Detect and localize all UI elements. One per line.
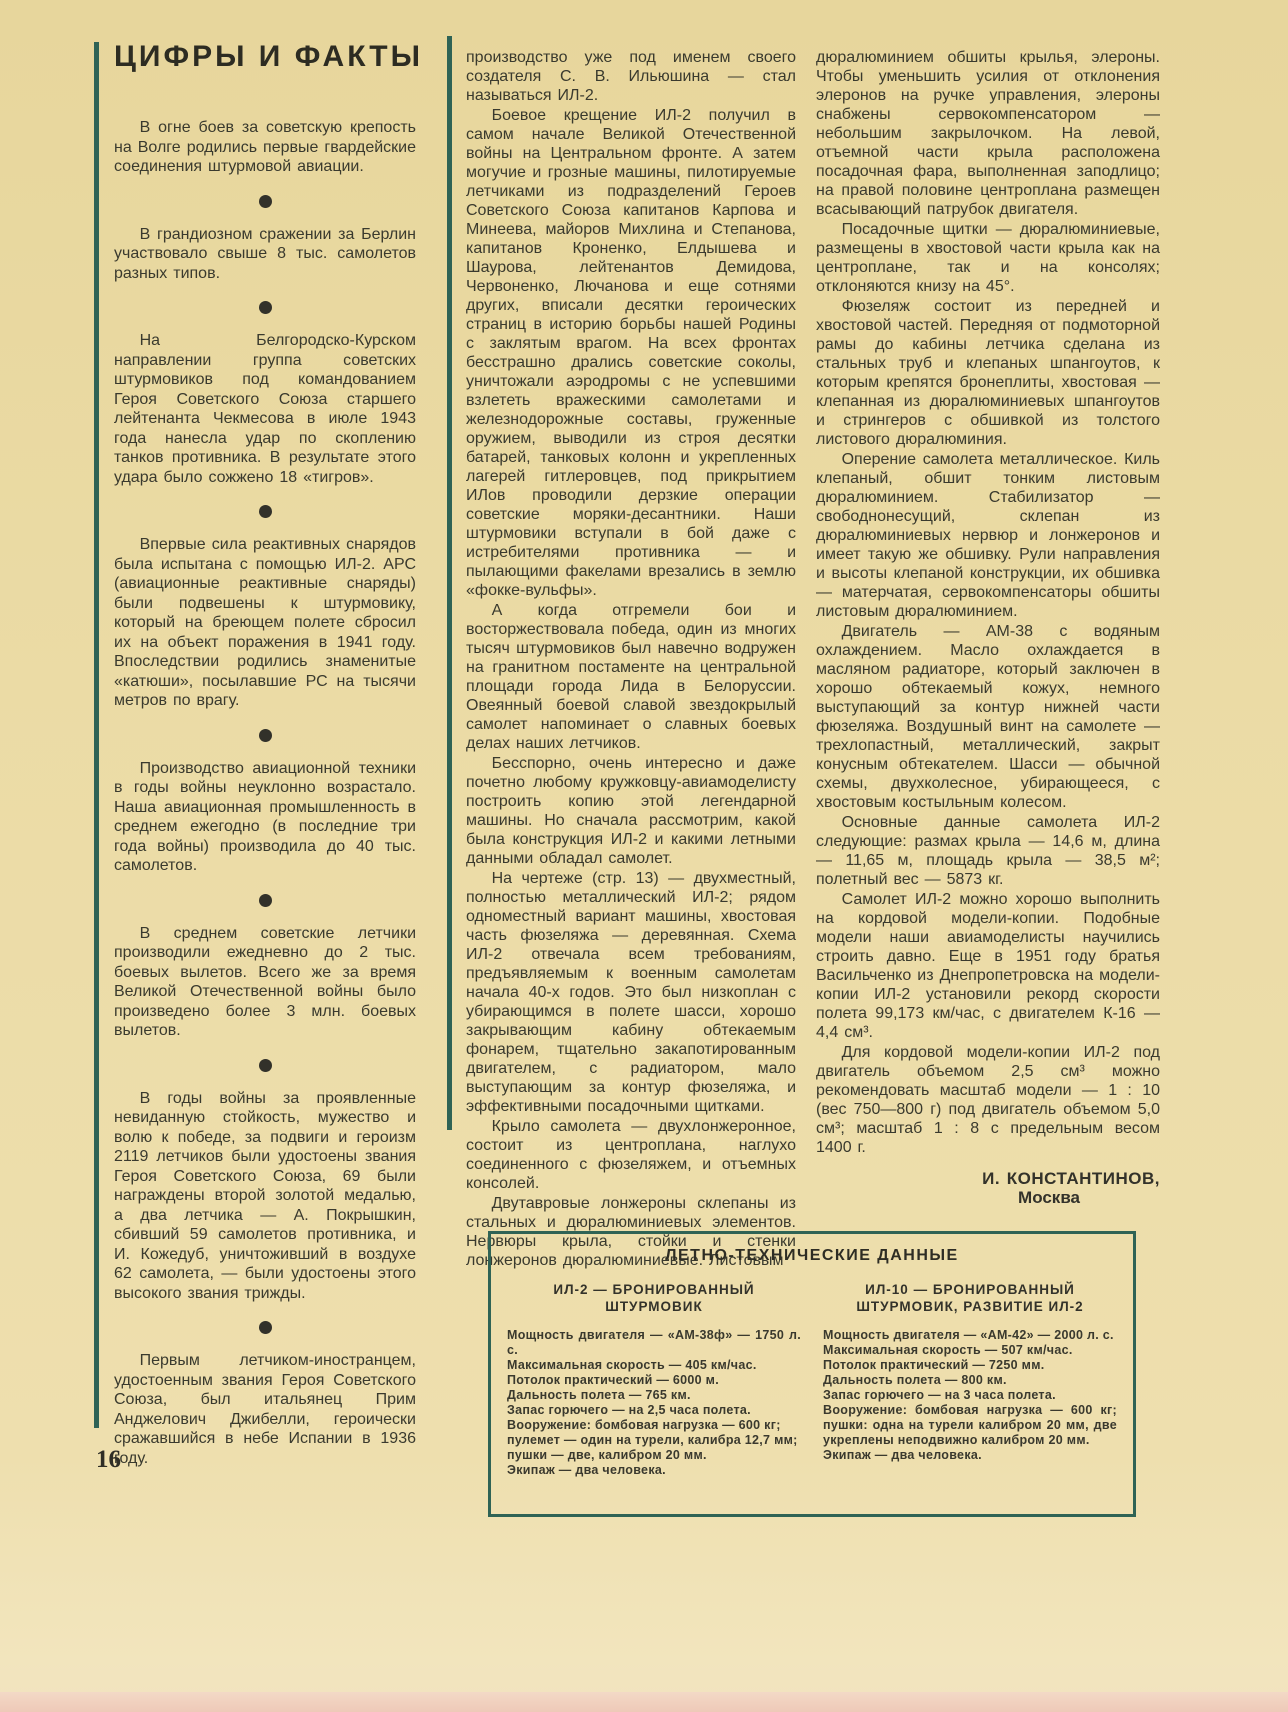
article-paragraph: производство уже под именем своего созда…: [466, 48, 796, 105]
article-middle-column: производство уже под именем своего созда…: [466, 48, 796, 1271]
fact-item: Производство авиационной техники в годы …: [114, 729, 416, 876]
specs-il2-heading: ИЛ-2 — БРОНИРОВАННЫЙ ШТУРМОВИК: [507, 1281, 801, 1315]
page-number: 16: [96, 1446, 121, 1474]
article-paragraph: Бесспорно, очень интересно и даже почетн…: [466, 754, 796, 868]
bullet-dot-icon: [259, 195, 272, 208]
magazine-page: ЦИФРЫ И ФАКТЫ В огне боев за советскую к…: [0, 0, 1288, 1712]
spec-line: Экипаж — два человека.: [507, 1463, 801, 1478]
spec-line: Дальность полета — 765 км.: [507, 1388, 801, 1403]
facts-title: ЦИФРЫ И ФАКТЫ: [114, 40, 416, 74]
bullet-dot-icon: [259, 505, 272, 518]
fact-text: Впервые сила реактивных снарядов была ис…: [114, 535, 416, 711]
article-paragraph: дюралюминием обшиты крылья, элероны. Что…: [816, 48, 1160, 219]
specs-il2-column: ИЛ-2 — БРОНИРОВАННЫЙ ШТУРМОВИК Мощность …: [507, 1281, 801, 1478]
fact-item: В грандиозном сражении за Берлин участво…: [114, 195, 416, 284]
spec-line: Запас горючего — на 3 часа полета.: [823, 1388, 1117, 1403]
fact-item: На Белгородско-Курском направлении групп…: [114, 301, 416, 487]
column-divider-rule: [447, 36, 452, 1130]
spec-line: Запас горючего — на 2,5 часа полета.: [507, 1403, 801, 1418]
fact-item: Впервые сила реактивных снарядов была ис…: [114, 505, 416, 711]
article-paragraph: Фюзеляж состоит из передней и хвостовой …: [816, 297, 1160, 449]
spec-line: пулемет — один на турели, калибра 12,7 м…: [507, 1433, 801, 1448]
article-paragraph: Основные данные самолета ИЛ-2 следующие:…: [816, 813, 1160, 889]
bullet-dot-icon: [259, 894, 272, 907]
specs-box: ЛЕТНО-ТЕХНИЧЕСКИЕ ДАННЫЕ ИЛ-2 — БРОНИРОВ…: [488, 1231, 1136, 1517]
fact-text: В среднем советские летчики производили …: [114, 924, 416, 1041]
article-paragraph: Оперение самолета металлическое. Киль кл…: [816, 450, 1160, 621]
article-paragraph: Боевое крещение ИЛ-2 получил в самом нач…: [466, 106, 796, 600]
article-paragraph: Самолет ИЛ-2 можно хорошо выполнить на к…: [816, 890, 1160, 1042]
specs-il2-lines: Мощность двигателя — «АМ-38ф» — 1750 л. …: [507, 1328, 801, 1478]
spec-line: Максимальная скорость — 405 км/час.: [507, 1358, 801, 1373]
author-signature: И. КОНСТАНТИНОВ, Москва: [816, 1169, 1160, 1207]
article-paragraph: Крыло самолета — двухлонжеронное, состои…: [466, 1117, 796, 1193]
fact-text: Производство авиационной техники в годы …: [114, 759, 416, 876]
specs-columns: ИЛ-2 — БРОНИРОВАННЫЙ ШТУРМОВИК Мощность …: [507, 1281, 1117, 1478]
spec-line: Вооружение: бомбовая нагрузка — 600 кг;: [507, 1418, 801, 1433]
spec-line: Экипаж — два человека.: [823, 1448, 1117, 1463]
spec-line: Потолок практический — 6000 м.: [507, 1373, 801, 1388]
article-paragraph: Для кордовой модели-копии ИЛ-2 под двига…: [816, 1043, 1160, 1157]
article-paragraph: Двигатель — АМ-38 с водяным охлаждением.…: [816, 622, 1160, 812]
article-paragraph: Посадочные щитки — дюралюминиевые, разме…: [816, 220, 1160, 296]
article-paragraph: На чертеже (стр. 13) — двухместный, полн…: [466, 869, 796, 1116]
author-name: И. КОНСТАНТИНОВ,: [816, 1169, 1160, 1188]
right-paragraphs: дюралюминием обшиты крылья, элероны. Что…: [816, 48, 1160, 1157]
fact-text: Первым летчиком-иностранцем, удостоенным…: [114, 1351, 416, 1468]
specs-box-title: ЛЕТНО-ТЕХНИЧЕСКИЕ ДАННЫЕ: [507, 1247, 1117, 1265]
spec-line: Дальность полета — 800 км.: [823, 1373, 1117, 1388]
fact-item: В огне боев за советскую крепость на Вол…: [114, 118, 416, 177]
author-city: Москва: [816, 1188, 1160, 1207]
spec-line: Мощность двигателя — «АМ-42» — 2000 л. с…: [823, 1328, 1117, 1343]
spec-line: Мощность двигателя — «АМ-38ф» — 1750 л. …: [507, 1328, 801, 1358]
spec-line: Максимальная скорость — 507 км/час.: [823, 1343, 1117, 1358]
fact-item: Первым летчиком-иностранцем, удостоенным…: [114, 1321, 416, 1468]
bullet-dot-icon: [259, 301, 272, 314]
fact-item: В годы войны за проявленные невиданную с…: [114, 1059, 416, 1304]
spec-line: пушки — две, калибром 20 мм.: [507, 1448, 801, 1463]
facts-column-rule: [94, 42, 99, 1428]
fact-text: В огне боев за советскую крепость на Вол…: [114, 118, 416, 177]
bullet-dot-icon: [259, 1059, 272, 1072]
spec-line: Потолок практический — 7250 мм.: [823, 1358, 1117, 1373]
article-right-column: дюралюминием обшиты крылья, элероны. Что…: [816, 48, 1160, 1207]
fact-text: В годы войны за проявленные невиданную с…: [114, 1089, 416, 1304]
specs-il10-column: ИЛ-10 — БРОНИРОВАННЫЙ ШТУРМОВИК, РАЗВИТИ…: [823, 1281, 1117, 1478]
page-bottom-edge: [0, 1692, 1288, 1712]
spec-line: Вооружение: бомбовая нагрузка — 600 кг; …: [823, 1403, 1117, 1448]
bullet-dot-icon: [259, 729, 272, 742]
specs-il10-heading: ИЛ-10 — БРОНИРОВАННЫЙ ШТУРМОВИК, РАЗВИТИ…: [823, 1281, 1117, 1315]
article-paragraph: А когда отгремели бои и восторжествовала…: [466, 601, 796, 753]
fact-text: На Белгородско-Курском направлении групп…: [114, 331, 416, 487]
specs-il10-lines: Мощность двигателя — «АМ-42» — 2000 л. с…: [823, 1328, 1117, 1463]
fact-text: В грандиозном сражении за Берлин участво…: [114, 225, 416, 284]
bullet-dot-icon: [259, 1321, 272, 1334]
facts-column: ЦИФРЫ И ФАКТЫ В огне боев за советскую к…: [114, 40, 416, 1468]
fact-item: В среднем советские летчики производили …: [114, 894, 416, 1041]
facts-list: В огне боев за советскую крепость на Вол…: [114, 118, 416, 1468]
